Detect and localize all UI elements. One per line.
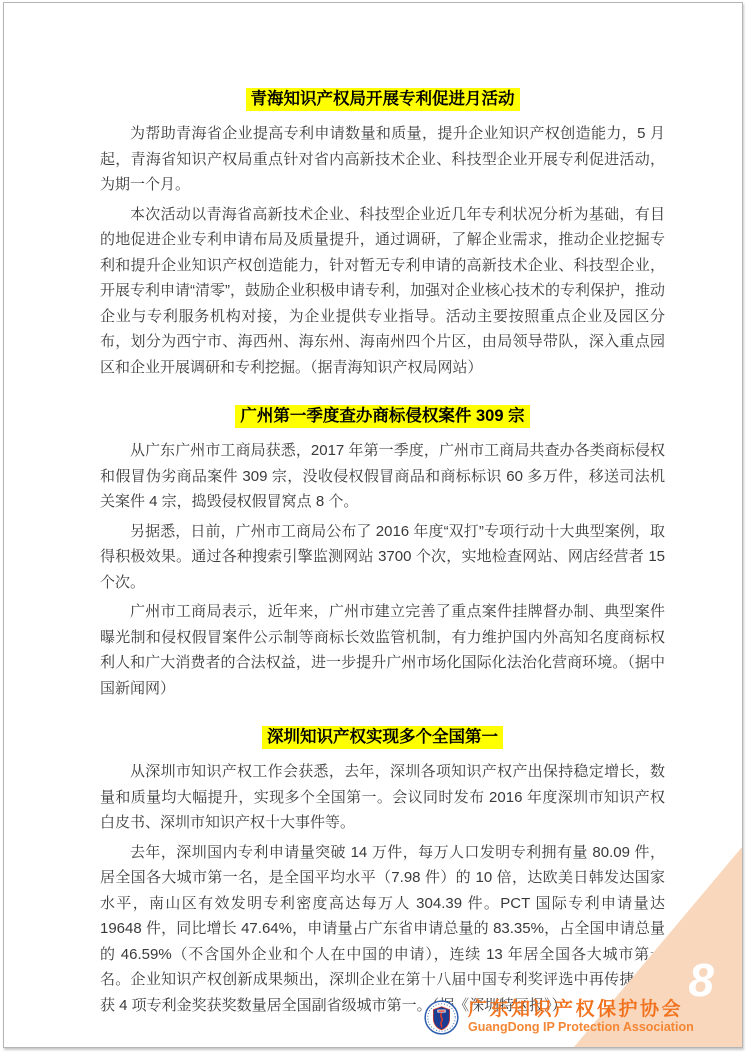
articles-area: 青海知识产权局开展专利促进月活动 为帮助青海省企业提高专利申请数量和质量，提升企…	[100, 87, 665, 1018]
article-title: 深圳知识产权实现多个全国第一	[100, 725, 665, 749]
article-paragraph: 本次活动以青海省高新技术企业、科技型企业近几年专利状况分析为基础，有目的地促进企…	[100, 202, 665, 381]
footer-brand: 广东知识产权保护协会 GuangDong IP Protection Assoc…	[424, 999, 694, 1035]
article-section-shenzhen: 深圳知识产权实现多个全国第一 从深圳市知识产权工作会获悉，去年，深圳各项知识产权…	[100, 725, 665, 1018]
article-paragraph: 为帮助青海省企业提高专利申请数量和质量，提升企业知识产权创造能力，5 月起，青海…	[100, 121, 665, 198]
footer-brand-text: 广东知识产权保护协会 GuangDong IP Protection Assoc…	[468, 999, 694, 1035]
org-name-en: GuangDong IP Protection Association	[468, 1020, 694, 1035]
article-section-qinghai: 青海知识产权局开展专利促进月活动 为帮助青海省企业提高专利申请数量和质量，提升企…	[100, 87, 665, 380]
association-logo-icon	[424, 1000, 459, 1035]
newsletter-page: 青海知识产权局开展专利促进月活动 为帮助青海省企业提高专利申请数量和质量，提升企…	[3, 2, 743, 1048]
title-highlight: 广州第一季度查办商标侵权案件 309 宗	[235, 405, 529, 428]
article-paragraph: 广州市工商局表示，近年来，广州市建立完善了重点案件挂牌督办制、典型案件曝光制和侵…	[100, 599, 665, 701]
title-highlight: 深圳知识产权实现多个全国第一	[262, 726, 503, 749]
article-paragraph: 从广东广州市工商局获悉，2017 年第一季度，广州市工商局共查办各类商标侵权和假…	[100, 438, 665, 515]
article-title: 广州第一季度查办商标侵权案件 309 宗	[100, 404, 665, 428]
article-paragraph: 另据悉，日前，广州市工商局公布了 2016 年度“双打”专项行动十大典型案例，取…	[100, 519, 665, 596]
article-title: 青海知识产权局开展专利促进月活动	[100, 87, 665, 111]
article-paragraph: 去年，深圳国内专利申请量突破 14 万件，每万人口发明专利拥有量 80.09 件…	[100, 840, 665, 1019]
page-number: 8	[688, 957, 714, 1003]
org-name-cn: 广东知识产权保护协会	[468, 999, 694, 1020]
title-highlight: 青海知识产权局开展专利促进月活动	[246, 88, 520, 111]
article-paragraph: 从深圳市知识产权工作会获悉，去年，深圳各项知识产权产出保持稳定增长，数量和质量均…	[100, 759, 665, 836]
article-section-guangzhou: 广州第一季度查办商标侵权案件 309 宗 从广东广州市工商局获悉，2017 年第…	[100, 404, 665, 701]
